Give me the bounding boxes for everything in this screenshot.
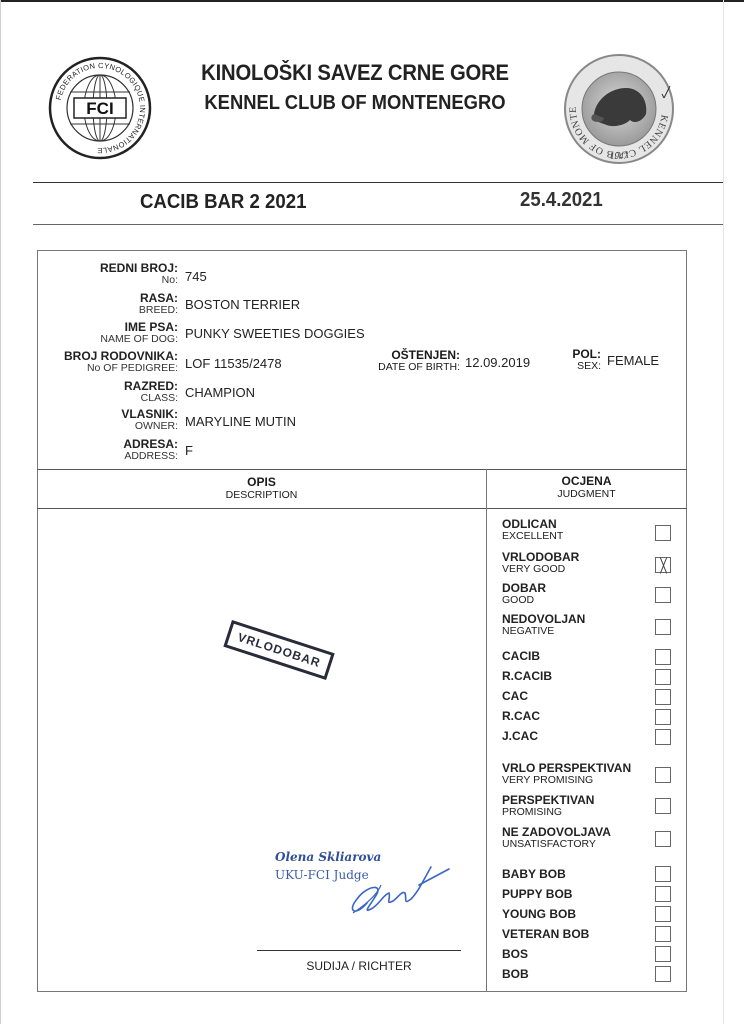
judgment-cac: CAC — [502, 690, 528, 703]
checkbox-j-cac[interactable] — [655, 729, 671, 745]
checkbox-good[interactable] — [655, 587, 671, 603]
checkbox-very-good[interactable] — [655, 557, 671, 573]
judgment-promising: PERSPEKTIVANPROMISING — [502, 794, 594, 819]
judgment-excellent: ODLICANEXCELLENT — [502, 518, 563, 543]
signature-caption: SUDIJA / RICHTER — [257, 959, 461, 973]
field-value-owner: MARYLINE MUTIN — [185, 414, 296, 429]
field-label-dog-name: IME PSA:NAME OF DOG: — [36, 321, 178, 345]
field-value-pedigree: LOF 11535/2478 — [185, 356, 282, 371]
svg-text:FCI: FCI — [86, 99, 113, 118]
field-value-number: 745 — [185, 269, 207, 284]
field-label-breed: RASA:BREED: — [36, 292, 178, 316]
field-value-breed: BOSTON TERRIER — [185, 297, 300, 312]
scan-edge-top — [0, 0, 744, 2]
org-name-english: KENNEL CLUB OF MONTENEGRO — [180, 92, 530, 115]
checkbox-puppy-bob[interactable] — [655, 886, 671, 902]
checkbox-very-promising[interactable] — [655, 767, 671, 783]
header-rule-bottom — [33, 224, 723, 225]
checkbox-veteran-bob[interactable] — [655, 926, 671, 942]
checkbox-cacib[interactable] — [655, 649, 671, 665]
judgment-unsatisfactory: NE ZADOVOLJAVAUNSATISFACTORY — [502, 826, 611, 851]
judgment-cacib: CACIB — [502, 650, 540, 663]
header-rule-top — [33, 182, 723, 183]
judgment-very-promising: VRLO PERSPEKTIVANVERY PROMISING — [502, 762, 631, 787]
signature-line — [257, 950, 461, 951]
field-label-class: RAZRED:CLASS: — [36, 380, 178, 404]
field-label-birth-date: OŠTENJEN:DATE OF BIRTH: — [370, 349, 460, 373]
judgment-veteran-bob: VETERAN BOB — [502, 928, 589, 941]
field-value-dog-name: PUNKY SWEETIES DOGGIES — [185, 326, 365, 341]
judgment-baby-bob: BABY BOB — [502, 868, 566, 881]
section-divider-header — [37, 508, 687, 509]
checkbox-unsatisfactory[interactable] — [655, 831, 671, 847]
judgment-very-good: VRLODOBARVERY GOOD — [502, 551, 579, 576]
judgment-r-cac: R.CAC — [502, 710, 540, 723]
kennel-club-logo-icon: KENNEL CLUB OF MONTENEGRO 1947 — [560, 50, 678, 168]
field-label-pedigree: BROJ RODOVNIKA:No OF PEDIGREE: — [36, 350, 178, 374]
checkbox-baby-bob[interactable] — [655, 866, 671, 882]
svg-text:1947: 1947 — [610, 151, 629, 161]
field-label-number: REDNI BROJ:No: — [36, 262, 178, 286]
checkbox-r-cac[interactable] — [655, 709, 671, 725]
column-divider — [486, 469, 487, 992]
checkbox-negative[interactable] — [655, 619, 671, 635]
scan-edge-right — [723, 0, 724, 1024]
judge-signature-icon — [345, 855, 455, 920]
checkbox-bos[interactable] — [655, 946, 671, 962]
field-label-owner: VLASNIK:OWNER: — [36, 408, 178, 432]
checkbox-young-bob[interactable] — [655, 906, 671, 922]
judgment-bos: BOS — [502, 948, 528, 961]
fci-logo-icon: FCI FEDERATION CYNOLOGIQUE INTERNATIONAL… — [48, 56, 152, 160]
field-label-sex: POL:SEX: — [550, 348, 601, 372]
judgment-j-cac: J.CAC — [502, 730, 538, 743]
show-title: CACIB BAR 2 2021 — [140, 191, 306, 214]
description-heading: OPISDESCRIPTION — [37, 475, 486, 502]
checkbox-r-cacib[interactable] — [655, 669, 671, 685]
judgment-puppy-bob: PUPPY BOB — [502, 888, 572, 901]
judgment-bob: BOB — [502, 968, 529, 981]
judgment-negative: NEDOVOLJANNEGATIVE — [502, 613, 585, 638]
show-date: 25.4.2021 — [520, 189, 603, 212]
org-name-local: KINOLOŠKI SAVEZ CRNE GORE — [180, 60, 530, 86]
field-value-sex: FEMALE — [607, 353, 659, 368]
scan-edge-left — [0, 0, 1, 1024]
checkbox-excellent[interactable] — [655, 525, 671, 541]
judgment-good: DOBARGOOD — [502, 582, 546, 607]
checkbox-promising[interactable] — [655, 798, 671, 814]
checkbox-cac[interactable] — [655, 689, 671, 705]
judgment-r-cacib: R.CACIB — [502, 670, 552, 683]
judgment-heading: OCJENAJUDGMENT — [486, 474, 687, 501]
field-label-address: ADRESA:ADDRESS: — [36, 438, 178, 462]
checkbox-bob[interactable] — [655, 966, 671, 982]
field-value-address: F — [185, 443, 193, 458]
section-divider-top — [37, 469, 687, 470]
field-value-class: CHAMPION — [185, 385, 255, 400]
field-value-birth-date: 12.09.2019 — [465, 355, 530, 370]
judgment-young-bob: YOUNG BOB — [502, 908, 576, 921]
